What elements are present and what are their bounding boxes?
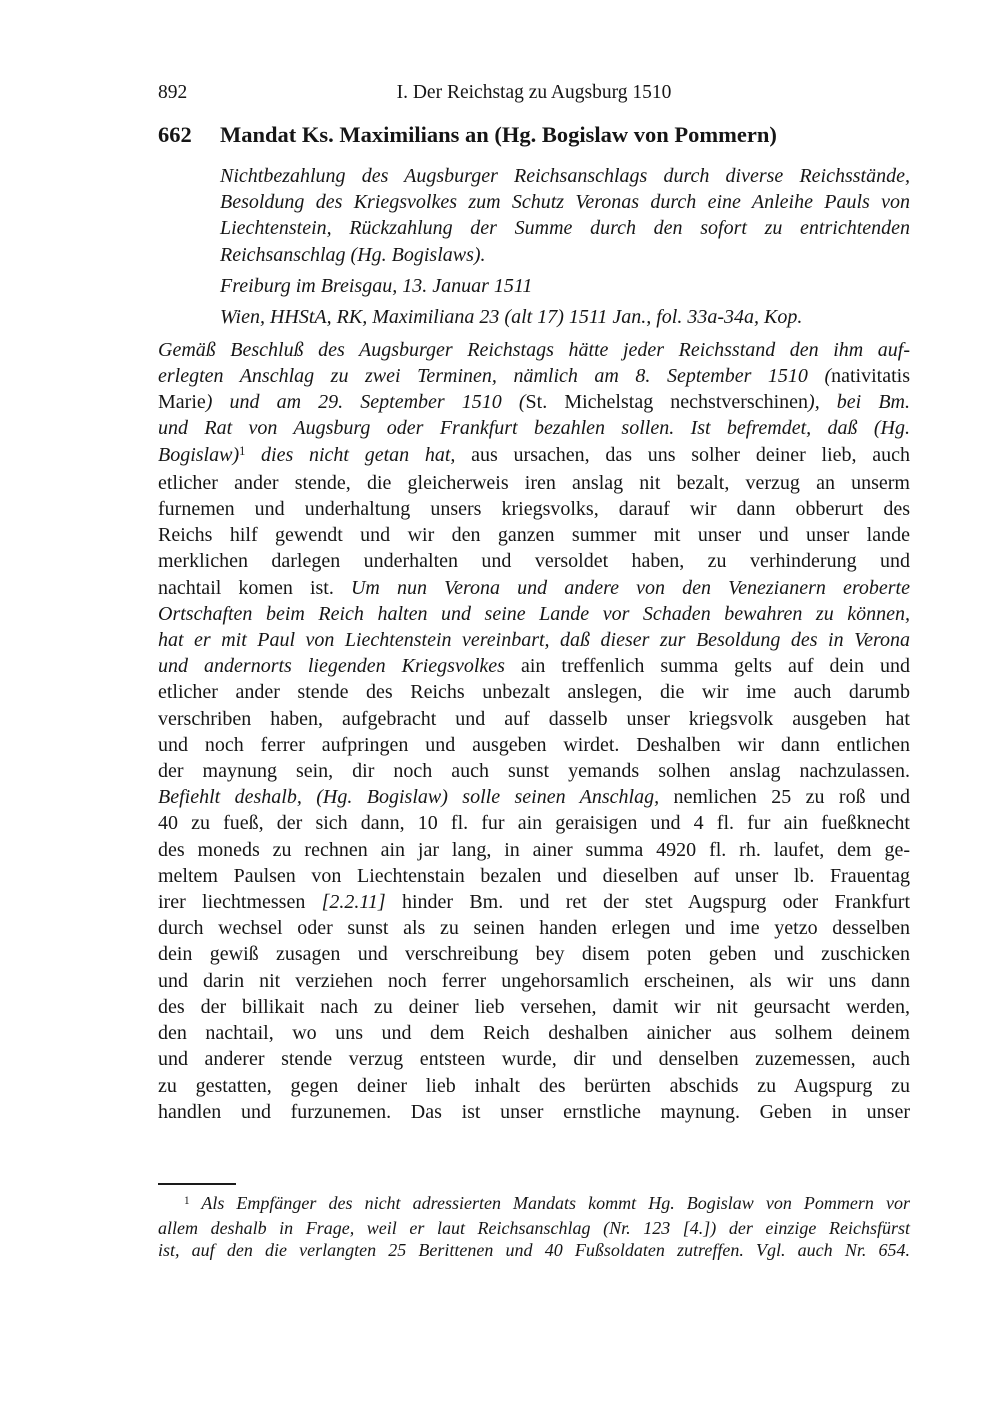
text-segment: hat er mit Paul von Liechtenstein verein… bbox=[158, 629, 910, 651]
body-line: Befiehlt deshalb, (Hg. Bogislaw) solle s… bbox=[158, 784, 910, 810]
body-line: furnemen und underhaltung unsers kriegsv… bbox=[158, 496, 910, 522]
summary-line: Nichtbezahlung des Augsburger Reichsansc… bbox=[220, 163, 910, 189]
text-segment: furnemen und underhaltung unsers kriegsv… bbox=[158, 498, 910, 520]
text-segment: allem deshalb in Frage, weil er laut Rei… bbox=[158, 1218, 910, 1238]
text-segment: der maynung sein, dir noch auch sunst ye… bbox=[158, 760, 910, 782]
body-line: des moneds zu rechnen ain jar lang, in a… bbox=[158, 837, 910, 863]
text-segment: 40 zu fueß, der sich dann, 10 fl. fur ai… bbox=[158, 812, 910, 834]
text-segment: Ortschaften beim Reich halten und seine … bbox=[158, 603, 910, 625]
body-line: hat er mit Paul von Liechtenstein verein… bbox=[158, 627, 910, 653]
text-segment: und andernorts liegenden Kriegsvolkes bbox=[158, 655, 521, 677]
body-line: den nachtail, wo uns und dem Reich desha… bbox=[158, 1020, 910, 1046]
body-line: und andernorts liegenden Kriegsvolkes ai… bbox=[158, 653, 910, 679]
text-segment: irer liechtmessen bbox=[158, 891, 322, 913]
body-line: etlicher ander stende des Reichs unbezal… bbox=[158, 679, 910, 705]
footnote-line: allem deshalb in Frage, weil er laut Rei… bbox=[158, 1217, 910, 1239]
summary-line: Besoldung des Kriegsvolkes zum Schutz Ve… bbox=[220, 189, 910, 215]
text-segment: Reichsanschlag (Hg. Bogislaws). bbox=[220, 244, 486, 266]
footnote: 1 Als Empfänger des nicht adressierten M… bbox=[158, 1192, 910, 1261]
entry-summary: Nichtbezahlung des Augsburger Reichsansc… bbox=[220, 163, 910, 268]
body-line: handlen und furzunemen. Das ist unser er… bbox=[158, 1099, 910, 1125]
text-segment: dein gewiß zusagen und verschreibung bey… bbox=[158, 943, 910, 965]
text-segment: den nachtail, wo uns und dem Reich desha… bbox=[158, 1022, 910, 1044]
text-segment: nachtail komen ist. bbox=[158, 577, 351, 599]
text-segment: Marie bbox=[158, 391, 206, 413]
text-segment: hinder Bm. und ret der stet Augspurg ode… bbox=[386, 891, 910, 913]
summary-line: Liechtenstein, Rückzahlung der Summe dur… bbox=[220, 215, 910, 241]
text-segment: nativitatis bbox=[831, 365, 910, 387]
entry-title: Mandat Ks. Maximilians an (Hg. Bogislaw … bbox=[220, 123, 910, 147]
text-segment: Nichtbezahlung des Augsburger Reichsansc… bbox=[220, 165, 910, 187]
page-header: 892 I. Der Reichstag zu Augsburg 1510 bbox=[158, 82, 910, 103]
body-line: erlegten Anschlag zu zwei Terminen, näml… bbox=[158, 363, 910, 389]
text-segment: und Rat von Augsburg oder Frankfurt beza… bbox=[158, 417, 910, 439]
text-segment: handlen und furzunemen. Das ist unser er… bbox=[158, 1101, 910, 1123]
text-segment: Gemäß Beschluß des Augsburger Reichstags… bbox=[158, 339, 910, 361]
text-segment: zu gestatten, gegen deiner lieb inhalt d… bbox=[158, 1075, 910, 1097]
running-title: I. Der Reichstag zu Augsburg 1510 bbox=[158, 82, 910, 103]
text-segment: nemlichen 25 zu roß und bbox=[673, 786, 910, 808]
text-segment: durch wechsel oder sunst als zu seinen h… bbox=[158, 917, 910, 939]
body-line: Ortschaften beim Reich halten und seine … bbox=[158, 601, 910, 627]
text-segment: [2.2.11] bbox=[322, 891, 386, 913]
text-segment: dies nicht getan hat, bbox=[245, 444, 455, 466]
text-segment: des der billikait nach zu deiner lieb ve… bbox=[158, 996, 910, 1018]
body-line: merklichen darlegen underhalten und vers… bbox=[158, 548, 910, 574]
body-line: 40 zu fueß, der sich dann, 10 fl. fur ai… bbox=[158, 810, 910, 836]
body-line: etlicher ander stende, die gleicherweis … bbox=[158, 470, 910, 496]
source-line: Wien, HHStA, RK, Maximiliana 23 (alt 17)… bbox=[220, 304, 910, 330]
body-line: des der billikait nach zu deiner lieb ve… bbox=[158, 994, 910, 1020]
text-segment: Liechtenstein, Rückzahlung der Summe dur… bbox=[220, 217, 910, 239]
entry-heading: 662 Mandat Ks. Maximilians an (Hg. Bogis… bbox=[158, 123, 910, 147]
text-segment: verschriben haben, aufgebracht und auf d… bbox=[158, 708, 910, 730]
text-segment: etlicher ander stende, die gleicherweis … bbox=[158, 472, 910, 494]
book-page: 892 I. Der Reichstag zu Augsburg 1510 66… bbox=[0, 0, 1004, 1418]
text-segment: Befiehlt deshalb, (Hg. Bogislaw) solle s… bbox=[158, 786, 673, 808]
body-line: dein gewiß zusagen und verschreibung bey… bbox=[158, 941, 910, 967]
body-line: nachtail komen ist. Um nun Verona und an… bbox=[158, 575, 910, 601]
body-line: durch wechsel oder sunst als zu seinen h… bbox=[158, 915, 910, 941]
text-segment: Besoldung des Kriegsvolkes zum Schutz Ve… bbox=[220, 191, 910, 213]
footnote-separator bbox=[158, 1183, 236, 1185]
document-body: Gemäß Beschluß des Augsburger Reichstags… bbox=[158, 337, 910, 1125]
text-segment: 1 bbox=[184, 1195, 190, 1207]
text-segment: Als Empfänger des nicht adressierten Man… bbox=[190, 1193, 910, 1213]
body-line: und darin nit verziehen noch ferrer unge… bbox=[158, 968, 910, 994]
text-segment: ), bei Bm. bbox=[808, 391, 910, 413]
body-line: verschriben haben, aufgebracht und auf d… bbox=[158, 706, 910, 732]
body-line: der maynung sein, dir noch auch sunst ye… bbox=[158, 758, 910, 784]
body-line: und Rat von Augsburg oder Frankfurt beza… bbox=[158, 415, 910, 441]
body-line: meltem Paulsen von Liechtenstain bezalen… bbox=[158, 863, 910, 889]
body-line: Gemäß Beschluß des Augsburger Reichstags… bbox=[158, 337, 910, 363]
body-line: und anderer stende verzug entsteen wurde… bbox=[158, 1046, 910, 1072]
entry-number: 662 bbox=[158, 123, 220, 147]
body-line: und noch ferrer aufpringen und ausgeben … bbox=[158, 732, 910, 758]
summary-line: Reichsanschlag (Hg. Bogislaws). bbox=[220, 242, 910, 268]
text-segment: ain treffenlich summa gelts auf dein und bbox=[521, 655, 910, 677]
text-segment: und noch ferrer aufpringen und ausgeben … bbox=[158, 734, 910, 756]
text-segment: des moneds zu rechnen ain jar lang, in a… bbox=[158, 839, 910, 861]
body-line: zu gestatten, gegen deiner lieb inhalt d… bbox=[158, 1073, 910, 1099]
text-segment: Um nun Verona und andere von den Venezia… bbox=[351, 577, 910, 599]
text-segment: und darin nit verziehen noch ferrer unge… bbox=[158, 970, 910, 992]
footnote-line: 1 Als Empfänger des nicht adressierten M… bbox=[158, 1192, 910, 1217]
text-segment: meltem Paulsen von Liechtenstain bezalen… bbox=[158, 865, 910, 887]
text-segment: aus ursachen, das uns solher deiner lieb… bbox=[455, 444, 910, 466]
body-line: Bogislaw)1 dies nicht getan hat, aus urs… bbox=[158, 442, 910, 470]
body-line: irer liechtmessen [2.2.11] hinder Bm. un… bbox=[158, 889, 910, 915]
text-segment: ist, auf den die verlangten 25 Berittene… bbox=[158, 1240, 910, 1260]
body-line: Marie) und am 29. September 1510 (St. Mi… bbox=[158, 389, 910, 415]
text-segment: 1 bbox=[239, 444, 245, 458]
text-segment: und anderer stende verzug entsteen wurde… bbox=[158, 1048, 910, 1070]
text-segment: ) und am 29. September 1510 ( bbox=[206, 391, 526, 413]
footnote-line: ist, auf den die verlangten 25 Berittene… bbox=[158, 1239, 910, 1261]
text-segment: erlegten Anschlag zu zwei Terminen, näml… bbox=[158, 365, 831, 387]
text-segment: St. Michelstag nechstverschinen bbox=[526, 391, 808, 413]
text-segment: merklichen darlegen underhalten und vers… bbox=[158, 550, 910, 572]
text-segment: Bogislaw) bbox=[158, 444, 239, 466]
text-segment: Reichs hilf gewendt und wir den ganzen s… bbox=[158, 524, 910, 546]
place-date-line: Freiburg im Breisgau, 13. Januar 1511 bbox=[220, 273, 910, 299]
body-line: Reichs hilf gewendt und wir den ganzen s… bbox=[158, 522, 910, 548]
text-segment: etlicher ander stende des Reichs unbezal… bbox=[158, 681, 910, 703]
